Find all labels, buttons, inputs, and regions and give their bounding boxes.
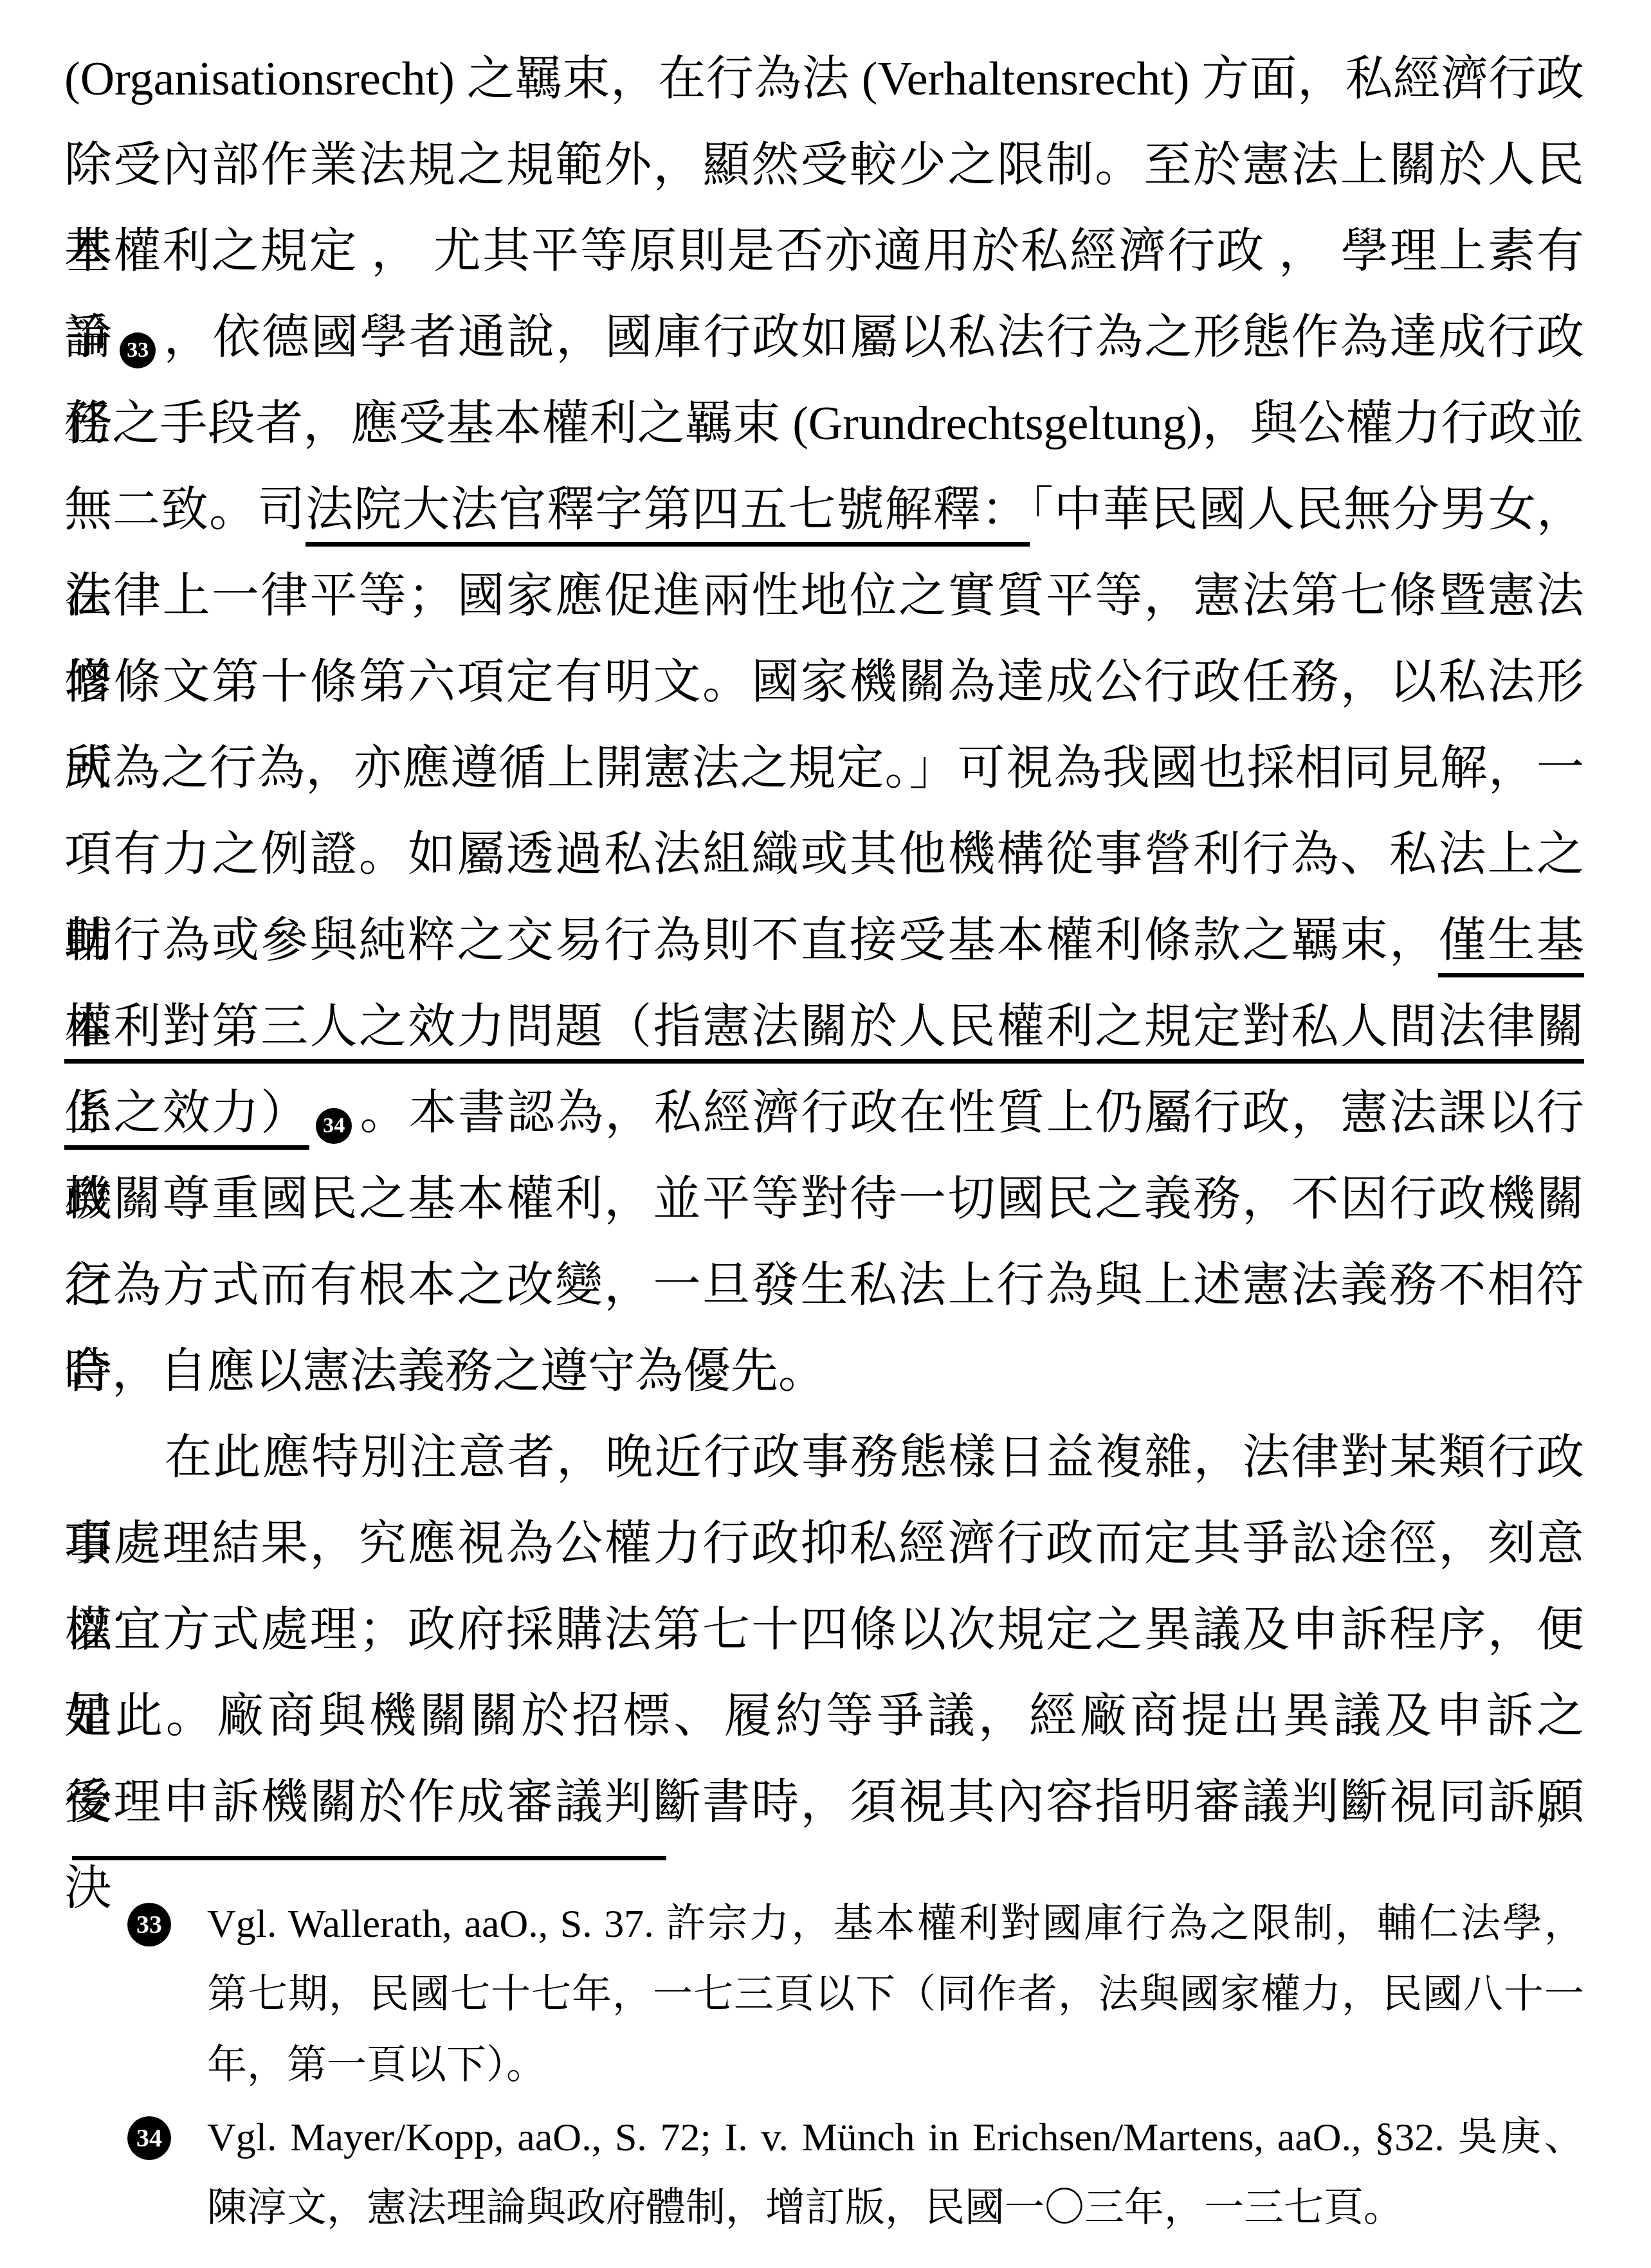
paragraph-start-line: 在此應特別注意者，晚近行政事務態樣日益複雜，法律對某類行政事	[64, 1415, 1584, 1501]
footnote-ref-34-icon: 34	[316, 1108, 352, 1144]
footnote-line: Vgl. Wallerath, aaO., S. 37. 許宗力，基本權利對國庫…	[207, 1889, 1584, 1959]
footnote-separator-rule	[72, 1856, 666, 1860]
footnote-ref-33-icon: 33	[120, 332, 156, 368]
scanned-page: (Organisationsrecht) 之羈束，在行為法 (Verhalten…	[0, 0, 1651, 2268]
line-text: 無二致。司	[64, 484, 306, 536]
text-line: 上之效力）34。本書認為，私經濟行政在性質上仍屬行政，憲法課以行政	[64, 1070, 1584, 1156]
footnotes-section: 33 Vgl. Wallerath, aaO., S. 37. 許宗力，基本權利…	[64, 1889, 1584, 2244]
footnote-34: 34 Vgl. Mayer/Kopp, aaO., S. 72; I. v. M…	[64, 2102, 1584, 2244]
line-text: 助行為或參與純粹之交易行為則不直接受基本權利條款之羈束，	[64, 914, 1438, 967]
text-line: 論33，依德國學者通說，國庫行政如屬以私法行為之形態作為達成行政任	[64, 295, 1584, 381]
text-line: (Organisationsrecht) 之羈束，在行為法 (Verhalten…	[64, 36, 1584, 122]
text-line: 法律上一律平等；國家應促進兩性地位之實質平等，憲法第七條暨憲法增	[64, 553, 1584, 639]
text-line: 修條文第十條第六項定有明文。國家機關為達成公行政任務，以私法形式	[64, 639, 1584, 725]
text-line: 無二致。司法院大法官釋字第四五七號解釋：「中華民國人民無分男女，在	[64, 467, 1584, 553]
text-line: 如此。廠商與機關關於招標、履約等爭議，經廠商提出異議及申訴之後，	[64, 1673, 1584, 1759]
text-line: 權利對第三人之效力問題（指憲法關於人民權利之規定對私人間法律關係	[64, 984, 1584, 1070]
footnote-33-body: Vgl. Wallerath, aaO., S. 37. 許宗力，基本權利對國庫…	[207, 1889, 1584, 2101]
text-line: 務之手段者，應受基本權利之羈束 (Grundrechtsgeltung)，與公權…	[64, 381, 1584, 467]
text-line: 時，自應以憲法義務之遵守為優先。	[64, 1329, 1584, 1415]
line-text: 時，自應以憲法義務之遵守為優先。	[64, 1345, 826, 1398]
line-text: 所為之行為，亦應遵循上開憲法之規定。」可視為我國也採相同見解，一	[64, 742, 1584, 795]
footnote-line: Vgl. Mayer/Kopp, aaO., S. 72; I. v. Münc…	[207, 2102, 1584, 2173]
underlined-text: 上之效力）	[64, 1087, 309, 1150]
text-line: 助行為或參與純粹之交易行為則不直接受基本權利條款之羈束，僅生基本	[64, 898, 1584, 984]
text-line: 機關尊重國民之基本權利，並平等對待一切國民之義務，不因行政機關之	[64, 1156, 1584, 1242]
text-line: 項處理結果，究應視為公權力行政抑私經濟行政而定其爭訟途徑，刻意以	[64, 1501, 1584, 1587]
line-text: 論	[64, 311, 113, 364]
line-text: 務之手段者，應受基本權利之羈束 (Grundrechtsgeltung)，與公權…	[64, 397, 1584, 450]
text-line: 除受內部作業法規之規範外，顯然受較少之限制。至於憲法上關於人民基	[64, 122, 1584, 208]
footnote-line: 第七期，民國七十七年，一七三頁以下（同作者，法與國家權力，民國八十一	[207, 1959, 1584, 2030]
text-line: 所為之行為，亦應遵循上開憲法之規定。」可視為我國也採相同見解，一	[64, 725, 1584, 812]
line-text: (Organisationsrecht) 之羈束，在行為法 (Verhalten…	[64, 53, 1584, 105]
footnote-line: 年，第一頁以下）。	[207, 2030, 1584, 2101]
text-line: 本權利之規定 ， 尤其平等原則是否亦適用於私經濟行政 ， 學理上素有爭	[64, 208, 1584, 295]
text-line: 項有力之例證。如屬透過私法組織或其他機構從事營利行為、私法上之輔	[64, 812, 1584, 898]
body-text: (Organisationsrecht) 之羈束，在行為法 (Verhalten…	[64, 36, 1584, 1846]
footnote-33-marker-icon: 33	[127, 1903, 171, 1946]
footnote-line: 陳淳文，憲法理論與政府體制，增訂版，民國一〇三年，一三七頁。	[207, 2173, 1584, 2244]
footnote-34-marker-icon: 34	[127, 2116, 171, 2160]
footnote-33: 33 Vgl. Wallerath, aaO., S. 37. 許宗力，基本權利…	[64, 1889, 1584, 2101]
underlined-citation: 法院大法官釋字第四五七號解釋：	[306, 484, 1029, 547]
text-line: 受理申訴機關於作成審議判斷書時，須視其內容指明審議判斷視同訴願決	[64, 1759, 1584, 1846]
text-line: 權宜方式處理；政府採購法第七十四條以次規定之異議及申訴程序，便是	[64, 1587, 1584, 1673]
footnote-34-body: Vgl. Mayer/Kopp, aaO., S. 72; I. v. Münc…	[207, 2102, 1584, 2244]
page-content: (Organisationsrecht) 之羈束，在行為法 (Verhalten…	[0, 0, 1651, 2244]
text-line: 行為方式而有根本之改變，一旦發生私法上行為與上述憲法義務不相符合	[64, 1242, 1584, 1329]
